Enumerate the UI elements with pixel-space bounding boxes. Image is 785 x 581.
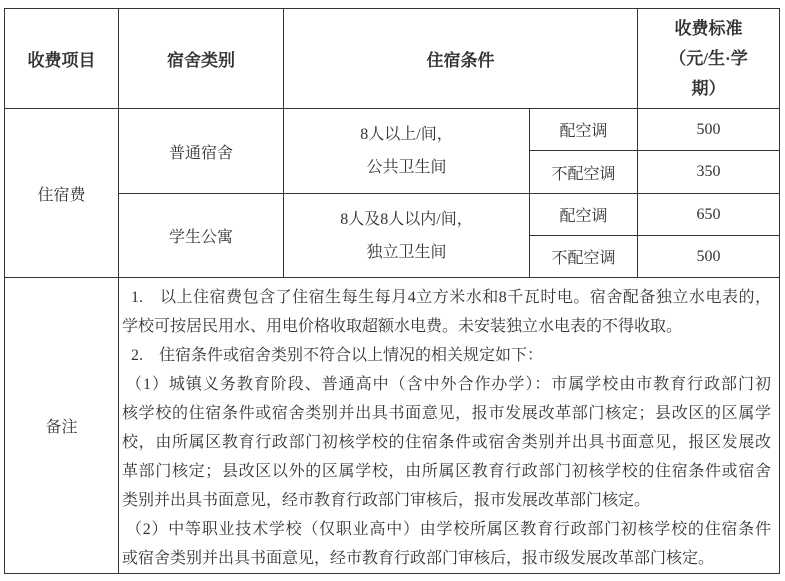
remark-line: 学校可按居民用水、用电价格收取超额水电费。未安装独立水电表的不得收取。	[122, 312, 771, 341]
header-fee-standard-line: （元/生·学	[638, 44, 779, 74]
header-condition: 住宿条件	[284, 9, 638, 109]
header-dorm-type: 宿舍类别	[119, 9, 284, 109]
header-fee-standard: 收费标准 （元/生·学 期）	[638, 9, 780, 109]
remarks-row: 备注 1. 以上住宿费包含了住宿生每生每月4立方米水和8千瓦时电。宿舍配备独立水…	[5, 278, 780, 574]
remark-line: 1. 以上住宿费包含了住宿生每生每月4立方米水和8千瓦时电。宿舍配备独立水电表的…	[122, 283, 771, 312]
fee-schedule-table: 收费项目 宿舍类别 住宿条件 收费标准 （元/生·学 期） 住宿费 普通宿舍 8…	[4, 8, 780, 574]
remarks-cell: 1. 以上住宿费包含了住宿生每生每月4立方米水和8千瓦时电。宿舍配备独立水电表的…	[119, 278, 780, 574]
remark-line: 类别并出具书面意见，经市教育行政部门审核后，报市发展改革部门核定。	[122, 486, 771, 515]
table-row: 学生公寓 8人及8人以内/间， 独立卫生间 配空调 650	[5, 194, 780, 236]
ac-cell: 配空调	[530, 109, 638, 151]
condition-line: 公共卫生间	[284, 151, 529, 184]
condition-line: 8人及8人以内/间，	[284, 203, 529, 236]
remark-line: 革部门核定；县改区以外的区属学校，由所属区教育行政部门初核学校的住宿条件或宿舍	[122, 457, 771, 486]
ac-cell: 不配空调	[530, 151, 638, 194]
fee-cell: 350	[638, 151, 780, 194]
dorm-type-cell-ordinary: 普通宿舍	[119, 109, 284, 194]
fee-item-cell: 住宿费	[5, 109, 119, 278]
condition-cell-apartment: 8人及8人以内/间， 独立卫生间	[284, 194, 530, 278]
remark-label-cell: 备注	[5, 278, 119, 574]
fee-cell: 650	[638, 194, 780, 236]
remark-line: 校，由所属区教育行政部门初核学校的住宿条件或宿舍类别并出具书面意见，报区发展改	[122, 428, 771, 457]
ac-cell: 不配空调	[530, 236, 638, 278]
remark-line: （2）中等职业技术学校（仅职业高中）由学校所属区教育行政部门初核学校的住宿条件	[122, 515, 771, 544]
remark-line: 或宿舍类别并出具书面意见，经市教育行政部门审核后，报市级发展改革部门核定。	[122, 544, 771, 573]
fee-cell: 500	[638, 109, 780, 151]
ac-cell: 配空调	[530, 194, 638, 236]
remark-line: 核学校的住宿条件或宿舍类别并出具书面意见，报市发展改革部门核定；县改区的区属学	[122, 399, 771, 428]
header-fee-item: 收费项目	[5, 9, 119, 109]
condition-line: 独立卫生间	[284, 236, 529, 269]
remark-line: （1）城镇义务教育阶段、普通高中（含中外合作办学）：市属学校由市教育行政部门初	[122, 370, 771, 399]
table-row: 住宿费 普通宿舍 8人以上/间， 公共卫生间 配空调 500	[5, 109, 780, 151]
remark-line: 2. 住宿条件或宿舍类别不符合以上情况的相关规定如下：	[122, 341, 771, 370]
fee-cell: 500	[638, 236, 780, 278]
header-fee-standard-line: 期）	[638, 74, 779, 104]
header-fee-standard-line: 收费标准	[638, 14, 779, 44]
dorm-type-cell-apartment: 学生公寓	[119, 194, 284, 278]
header-row: 收费项目 宿舍类别 住宿条件 收费标准 （元/生·学 期）	[5, 9, 780, 109]
condition-cell-ordinary: 8人以上/间， 公共卫生间	[284, 109, 530, 194]
condition-line: 8人以上/间，	[284, 118, 529, 151]
